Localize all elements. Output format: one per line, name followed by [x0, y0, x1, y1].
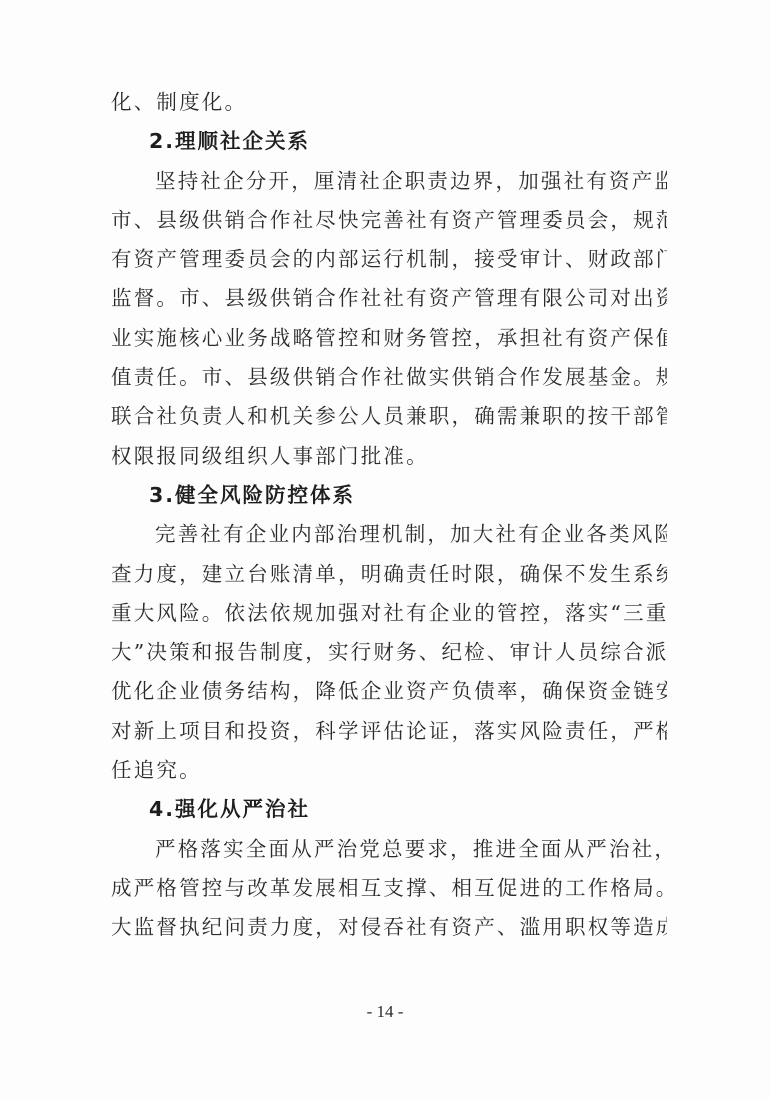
paragraph-line: 联合社负责人和机关参公人员兼职，确需兼职的按干部管理 — [111, 397, 667, 436]
paragraph-line: 完善社有企业内部治理机制，加大社有企业各类风险排 — [111, 515, 667, 554]
paragraph-line: 有资产管理委员会的内部运行机制，接受审计、财政部门的 — [111, 240, 667, 279]
paragraph-line: 业实施核心业务战略管控和财务管控，承担社有资产保值增 — [111, 319, 667, 358]
paragraph-line: 大监督执纪问责力度，对侵吞社有资产、滥用职权等造成社 — [111, 908, 667, 947]
paragraph-line: 对新上项目和投资，科学评估论证，落实风险责任，严格责 — [111, 712, 667, 751]
section-heading-3: 3.健全风险防控体系 — [111, 476, 667, 515]
paragraph-line: 重大风险。依法依规加强对社有企业的管控，落实“三重一 — [111, 594, 667, 633]
section-heading-4: 4.强化从严治社 — [111, 790, 667, 829]
document-body: 化、制度化。 2.理顺社企关系 坚持社企分开，厘清社企职责边界，加强社有资产监管… — [111, 83, 667, 948]
paragraph-line: 市、县级供销合作社尽快完善社有资产管理委员会，规范社 — [111, 201, 667, 240]
paragraph-line: 监督。市、县级供销合作社社有资产管理有限公司对出资企 — [111, 279, 667, 318]
section-heading-2: 2.理顺社企关系 — [111, 122, 667, 161]
paragraph-line: 值责任。市、县级供销合作社做实供销合作发展基金。规范 — [111, 358, 667, 397]
paragraph-line: 权限报同级组织人事部门批准。 — [111, 437, 667, 476]
page-number: - 14 - — [0, 1002, 770, 1022]
paragraph-line: 坚持社企分开，厘清社企职责边界，加强社有资产监管。 — [111, 162, 667, 201]
paragraph-line: 优化企业债务结构，降低企业资产负债率，确保资金链安全。 — [111, 672, 667, 711]
document-page: 化、制度化。 2.理顺社企关系 坚持社企分开，厘清社企职责边界，加强社有资产监管… — [0, 0, 770, 1099]
paragraph-line: 查力度，建立台账清单，明确责任时限，确保不发生系统性 — [111, 555, 667, 594]
paragraph-line: 严格落实全面从严治党总要求，推进全面从严治社，形 — [111, 830, 667, 869]
paragraph-line: 化、制度化。 — [111, 83, 667, 122]
paragraph-line: 成严格管控与改革发展相互支撑、相互促进的工作格局。加 — [111, 869, 667, 908]
paragraph-line: 大”决策和报告制度，实行财务、纪检、审计人员综合派驻， — [111, 633, 667, 672]
paragraph-line: 任追究。 — [111, 751, 667, 790]
